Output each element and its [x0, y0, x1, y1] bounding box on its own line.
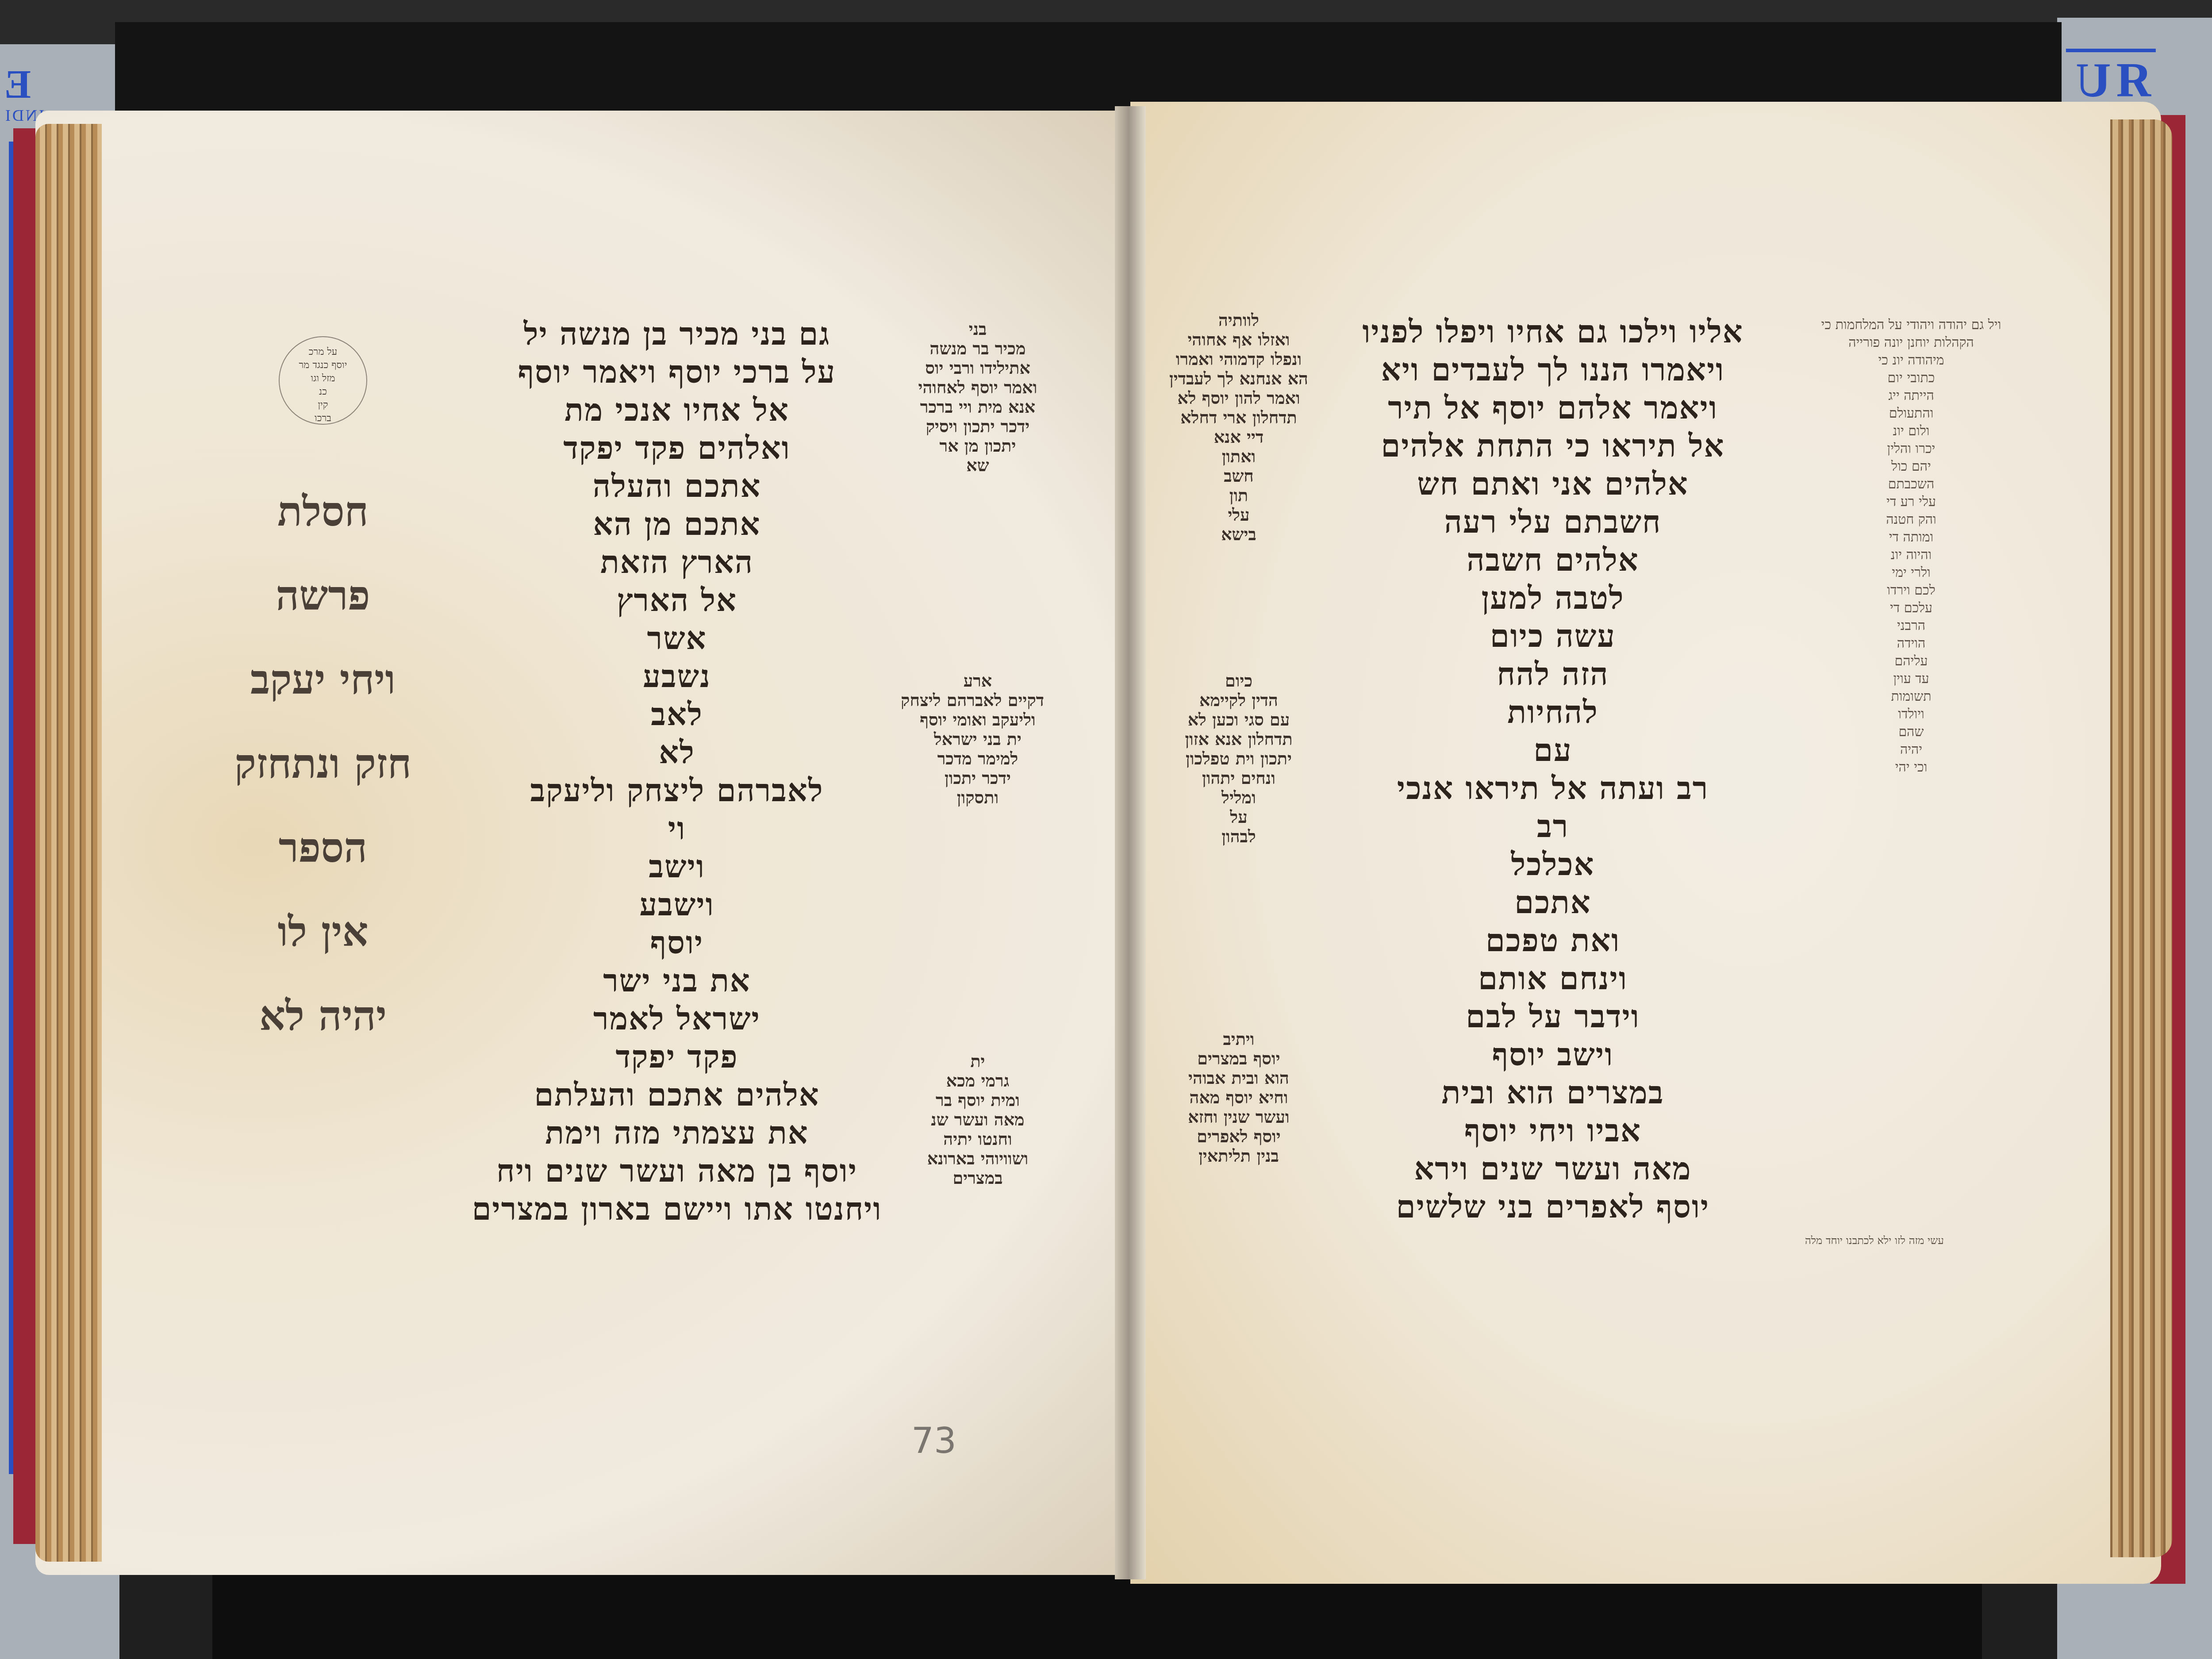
text-line: ויאמרו הננו לך לעבדים ויא	[1354, 354, 1752, 392]
masora-line: תשומות	[1805, 690, 2017, 708]
text-line: וידבר על לבם	[1354, 1001, 1752, 1039]
right-targum-middle: כיום הדין לקיימא עם סגי וכען לא תדחלון א…	[1168, 672, 1310, 848]
targum-line: על	[1168, 809, 1310, 828]
colophon-word: יהיה לא	[221, 995, 425, 1079]
right-main-text: אליו וילכו גם אחיו ויפלו לפניו ויאמרו הנ…	[1354, 316, 1752, 1229]
text-line: אל אחיו אנכי מת	[465, 395, 889, 433]
targum-line: ואמר יוסף לאחוהי	[911, 379, 1044, 399]
targum-line: במצרים	[916, 1170, 1040, 1189]
page-edges-right	[2110, 119, 2172, 1557]
text-line: לאב	[465, 699, 889, 737]
targum-line: ונפלו קדמוהי ואמרו	[1168, 351, 1310, 370]
targum-line: וליעקב ואומי יוסף	[911, 711, 1044, 731]
targum-line: תדחלון ארי דחלא	[1168, 409, 1310, 429]
text-line: יוסף בן מאה ועשר שנים ויח	[465, 1156, 889, 1194]
page-edges-left	[35, 124, 102, 1562]
text-line: ישראל לאמר	[465, 1003, 889, 1041]
masora-line: ויל גם יהודה ויהודי על המלחמות כי	[1805, 319, 2017, 336]
text-line: את עצמתי מזה וימת	[465, 1118, 889, 1156]
text-line: אתכם מן הא	[465, 509, 889, 547]
targum-line: גרמי מכא	[916, 1072, 1040, 1092]
targum-line: הא אנחנא לך לעבדין	[1168, 370, 1310, 390]
text-line: אשר	[465, 623, 889, 661]
text-line: אתכם והעלה	[465, 471, 889, 509]
targum-line: וחיא יוסף מאה	[1168, 1089, 1310, 1109]
targum-line: אתילידו ורבי יוס	[911, 360, 1044, 379]
masora-line: ויולדו	[1805, 708, 2017, 726]
card-logo-left: E	[4, 62, 31, 108]
text-line: חשבתם עלי רעה	[1354, 507, 1752, 545]
book-gutter	[1115, 106, 1146, 1579]
right-targum-lower: ויתיב יוסף במצרים הוא ובית אבוהי וחיא יו…	[1168, 1031, 1310, 1167]
masora-line: עלי רע די	[1805, 495, 2017, 513]
targum-line: בישא	[1168, 526, 1310, 545]
targum-line: ונחים יתהון	[1168, 770, 1310, 789]
targum-line: בנין תליתאין	[1168, 1148, 1310, 1167]
masora-line: עד עוין	[1805, 672, 2017, 690]
text-line: ויאמר אלהם יוסף אל תיר	[1354, 392, 1752, 430]
masora-closing-note: עשי מזה לזו ילא לכתבנו יוחד מלה	[1805, 1234, 1944, 1247]
masora-line: ומותה די	[1805, 531, 2017, 549]
text-line: על ברכי יוסף ויאמר יוסף	[465, 357, 889, 395]
masora-line: והיוה יונ	[1805, 549, 2017, 566]
targum-line: לוותיה	[1168, 312, 1310, 331]
text-line: פקד יפקד	[465, 1041, 889, 1079]
medallion-line: יוסף כנגד מר	[280, 359, 366, 373]
masora-line: עליהם	[1805, 655, 2017, 672]
text-line: עשה כיום	[1354, 621, 1752, 659]
left-main-text: גם בני מכיר בן מנשה יל על ברכי יוסף ויאמ…	[465, 319, 889, 1232]
text-line: אלהים חשבה	[1354, 545, 1752, 583]
folio-number: 73	[911, 1420, 956, 1461]
colophon-column: חסלת פרשה ויחי יעקב חזק ונתחזק הספר אין …	[221, 491, 425, 1079]
targum-line: חשב	[1168, 468, 1310, 487]
targum-line: כיום	[1168, 672, 1310, 692]
masora-line: יהיה	[1805, 743, 2017, 761]
text-line: אל הארץ	[465, 585, 889, 623]
targum-line: ית בני ישראל	[911, 731, 1044, 750]
text-line: נשבע	[465, 661, 889, 699]
targum-line: הוא ובית אבוהי	[1168, 1070, 1310, 1089]
text-line: להחיות	[1354, 697, 1752, 735]
targum-line: שא	[911, 457, 1044, 476]
text-line: לאברהם ליצחק וליעקב	[465, 775, 889, 813]
targum-line: ומליל	[1168, 789, 1310, 809]
text-line: אליו וילכו גם אחיו ויפלו לפניו	[1354, 316, 1752, 354]
masora-line: הקהלות יוחנן יונה פורייה	[1805, 336, 2017, 354]
medallion-note: על מרכ יוסף כנגד מר מזל וגו כנ קין ברכו	[279, 336, 367, 425]
masora-line: לכם וירדו	[1805, 584, 2017, 602]
text-line: הזה להח	[1354, 659, 1752, 697]
text-line: וישב	[465, 851, 889, 889]
masora-line: הוידה	[1805, 637, 2017, 655]
medallion-line: קין	[280, 399, 366, 412]
masora-line: ולרי ימי	[1805, 566, 2017, 584]
masora-line: הרבני	[1805, 619, 2017, 637]
targum-line: ידכר יתכון	[911, 770, 1044, 789]
targum-line: מכיר בר מנשה	[911, 340, 1044, 360]
colophon-word: חזק ונתחזק	[221, 743, 425, 827]
targum-line: יוסף לאפרים	[1168, 1128, 1310, 1148]
targum-line: ומית יוסף בר	[916, 1092, 1040, 1111]
targum-line: תון	[1168, 487, 1310, 507]
text-line: רב	[1354, 811, 1752, 849]
masora-line: מיהודה יונ כי	[1805, 354, 2017, 372]
text-line: אל תיראו כי התחת אלהים	[1354, 430, 1752, 469]
masora-line: וכי יהי	[1805, 761, 2017, 779]
text-line: במצרים הוא ובית	[1354, 1077, 1752, 1115]
medallion-line: ברכו	[280, 412, 366, 426]
targum-line: ועשר שנין וחזא	[1168, 1109, 1310, 1128]
targum-line: בני	[911, 321, 1044, 340]
left-targum-upper: בני מכיר בר מנשה אתילידו ורבי יוס ואמר י…	[911, 321, 1044, 476]
targum-line: ית	[916, 1053, 1040, 1072]
medallion-line: על מרכ	[280, 346, 366, 359]
targum-line: ואתון	[1168, 448, 1310, 468]
masora-line: יהם כול	[1805, 460, 2017, 478]
text-line: רב ועתה אל תיראו אנכי	[1354, 773, 1752, 811]
text-line: ואת טפכם	[1354, 925, 1752, 963]
colophon-word: הספר	[221, 827, 425, 911]
targum-line: אנא מית ויי ברכר	[911, 399, 1044, 418]
masora-line: יכרו והלין	[1805, 442, 2017, 460]
masora-line: הייתה ייג	[1805, 389, 2017, 407]
book-support-top	[115, 22, 2062, 111]
masora-column: ויל גם יהודה ויהודי על המלחמות כי הקהלות…	[1805, 319, 2017, 779]
colophon-word: חסלת	[221, 491, 425, 575]
text-line: אלהים אתכם והעלתם	[465, 1079, 889, 1118]
text-line: יוסף	[465, 927, 889, 965]
targum-line: יוסף במצרים	[1168, 1050, 1310, 1070]
targum-line: עלי	[1168, 507, 1310, 526]
medallion-line: כנ	[280, 386, 366, 399]
targum-line: ואזלו אף אחוהי	[1168, 331, 1310, 351]
text-line: אלהים אני ואתם חש	[1354, 469, 1752, 507]
medallion-line: מזל וגו	[280, 373, 366, 386]
targum-line: ואמר להון יוסף לא	[1168, 390, 1310, 409]
text-line: וישבע	[465, 889, 889, 927]
text-line: וי	[465, 813, 889, 851]
targum-line: ארע	[911, 672, 1044, 692]
text-line: לטבה למען	[1354, 583, 1752, 621]
text-line: אביו ויחי יוסף	[1354, 1115, 1752, 1153]
targum-line: ושוויוהי בארונא	[916, 1150, 1040, 1170]
targum-line: לבהון	[1168, 828, 1310, 848]
targum-line: עם סגי וכען לא	[1168, 711, 1310, 731]
text-line: ויחנטו אתו ויישם בארון במצרים	[465, 1194, 889, 1232]
text-line: וישב יוסף	[1354, 1039, 1752, 1077]
text-line: יוסף לאפרים בני שלשים	[1354, 1191, 1752, 1229]
masora-line: השכבתם	[1805, 478, 2017, 495]
targum-line: וחנטו יתיה	[916, 1131, 1040, 1150]
targum-line: ותסקון	[911, 789, 1044, 809]
colophon-word: ויחי יעקב	[221, 659, 425, 743]
text-line: אכלכל	[1354, 849, 1752, 887]
masora-line: עלכם די	[1805, 602, 2017, 619]
targum-line: דקיים לאברהם ליצחק	[911, 692, 1044, 711]
text-line: וינחם אותם	[1354, 963, 1752, 1001]
targum-line: דיי אנא	[1168, 429, 1310, 448]
text-line: מאה ועשר שנים וירא	[1354, 1153, 1752, 1191]
targum-line: מאה ועשר שנ	[916, 1111, 1040, 1131]
targum-line: תדחלון אנא אזון	[1168, 731, 1310, 750]
masora-line: ולום יונ	[1805, 425, 2017, 442]
targum-line: הדין לקיימא	[1168, 692, 1310, 711]
targum-line: יתכון וית טפלכון	[1168, 750, 1310, 770]
text-line: את בני ישר	[465, 965, 889, 1003]
targum-line: למימר מדכר	[911, 750, 1044, 770]
left-targum-middle: ארע דקיים לאברהם ליצחק וליעקב ואומי יוסף…	[911, 672, 1044, 809]
targum-line: ידכר יתכון ויסיק	[911, 418, 1044, 438]
right-targum-upper: לוותיה ואזלו אף אחוהי ונפלו קדמוהי ואמרו…	[1168, 312, 1310, 545]
colophon-word: פרשה	[221, 575, 425, 659]
masora-line: שהם	[1805, 726, 2017, 743]
text-line: לא	[465, 737, 889, 775]
text-line: גם בני מכיר בן מנשה יל	[465, 319, 889, 357]
targum-line: ויתיב	[1168, 1031, 1310, 1050]
text-line: עם	[1354, 735, 1752, 773]
masora-line: והתעולם	[1805, 407, 2017, 425]
left-targum-lower: ית גרמי מכא ומית יוסף בר מאה ועשר שנ וחנ…	[916, 1053, 1040, 1189]
masora-line: כתובי יום	[1805, 372, 2017, 389]
text-line: ואלהים פקד יפקד	[465, 433, 889, 471]
targum-line: יתכון מן אר	[911, 438, 1044, 457]
colophon-word: אין לו	[221, 911, 425, 995]
text-line: הארץ הזאת	[465, 547, 889, 585]
masora-line: והק חטנה	[1805, 513, 2017, 531]
text-line: אתכם	[1354, 887, 1752, 925]
